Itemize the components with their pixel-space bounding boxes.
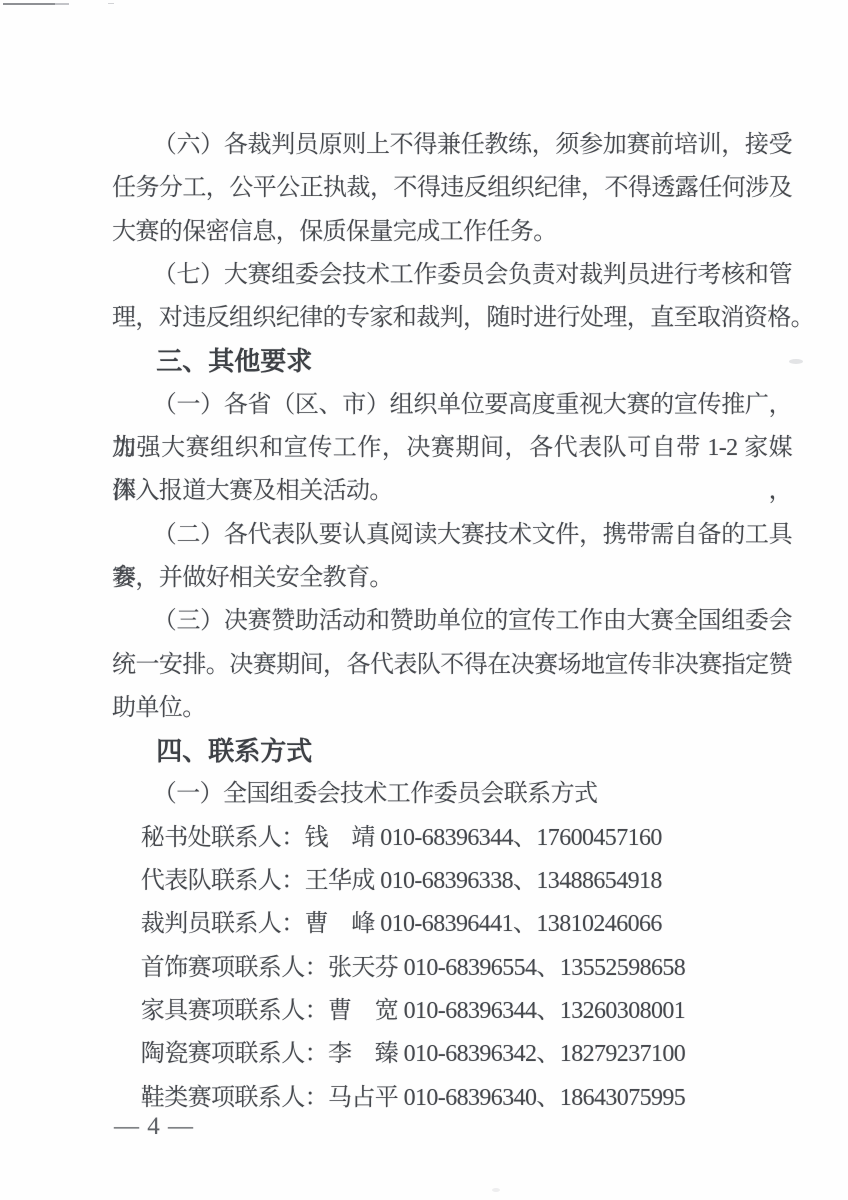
contact-line-ceramics-event: 陶瓷赛项联系人：李 臻 010-68396342、18279237100 [112, 1033, 792, 1076]
scan-artifact-tick [108, 3, 114, 4]
scanned-document-page: （六）各裁判员原则上不得兼任教练，须参加赛前培训，接受 任务分工，公平公正执裁，… [0, 0, 848, 1200]
paragraph-line: 任务分工，公平公正执裁，不得违反组织纪律，不得透露任何涉及 [112, 167, 792, 210]
paragraph-line: 理，对违反组织纪律的专家和裁判，随时进行处理，直至取消资格。 [112, 297, 792, 340]
paragraph-line: （一）全国组委会技术工作委员会联系方式 [112, 773, 792, 816]
document-body: （六）各裁判员原则上不得兼任教练，须参加赛前培训，接受 任务分工，公平公正执裁，… [112, 124, 792, 1120]
paragraph-line: 赛，并做好相关安全教育。 [112, 557, 792, 600]
contact-line-furniture-event: 家具赛项联系人：曹 宽 010-68396344、13260308001 [112, 990, 792, 1033]
paragraph-line: （七）大赛组委会技术工作委员会负责对裁判员进行考核和管 [112, 254, 792, 297]
section-heading-contact-info: 四、联系方式 [112, 730, 792, 773]
paragraph-line: 助单位。 [112, 687, 792, 730]
section-heading-other-requirements: 三、其他要求 [112, 340, 792, 383]
paragraph-line: （六）各裁判员原则上不得兼任教练，须参加赛前培训，接受 [112, 124, 792, 167]
paragraph-line: （二）各代表队要认真阅读大赛技术文件，携带需自备的工具参 [112, 514, 792, 557]
contact-line-footwear-event: 鞋类赛项联系人：马占平 010-68396340、18643075995 [112, 1077, 792, 1120]
contact-line-secretariat: 秘书处联系人：钱 靖 010-68396344、17600457160 [112, 817, 792, 860]
paragraph-line: （一）各省（区、市）组织单位要高度重视大赛的宣传推广，为 [112, 384, 792, 427]
contact-line-jewelry-event: 首饰赛项联系人：张天芬 010-68396554、13552598658 [112, 947, 792, 990]
paragraph-line: 大赛的保密信息，保质保量完成工作任务。 [112, 211, 792, 254]
scan-artifact-smudge [492, 1188, 500, 1192]
page-number: — 4 — [114, 1112, 194, 1142]
paragraph-line: （三）决赛赞助活动和赞助单位的宣传工作由大赛全国组委会 [112, 600, 792, 643]
contact-line-delegation: 代表队联系人：王华成 010-68396338、13488654918 [112, 860, 792, 903]
scan-artifact-line-dark [3, 3, 55, 5]
paragraph-line: 加强大赛组织和宣传工作，决赛期间，各代表队可自带 1-2 家媒体， [112, 427, 792, 470]
scan-artifact-line-light [55, 3, 69, 5]
contact-line-referee: 裁判员联系人：曹 峰 010-68396441、13810246066 [112, 903, 792, 946]
paragraph-line: 统一安排。决赛期间，各代表队不得在决赛场地宣传非决赛指定赞 [112, 644, 792, 687]
